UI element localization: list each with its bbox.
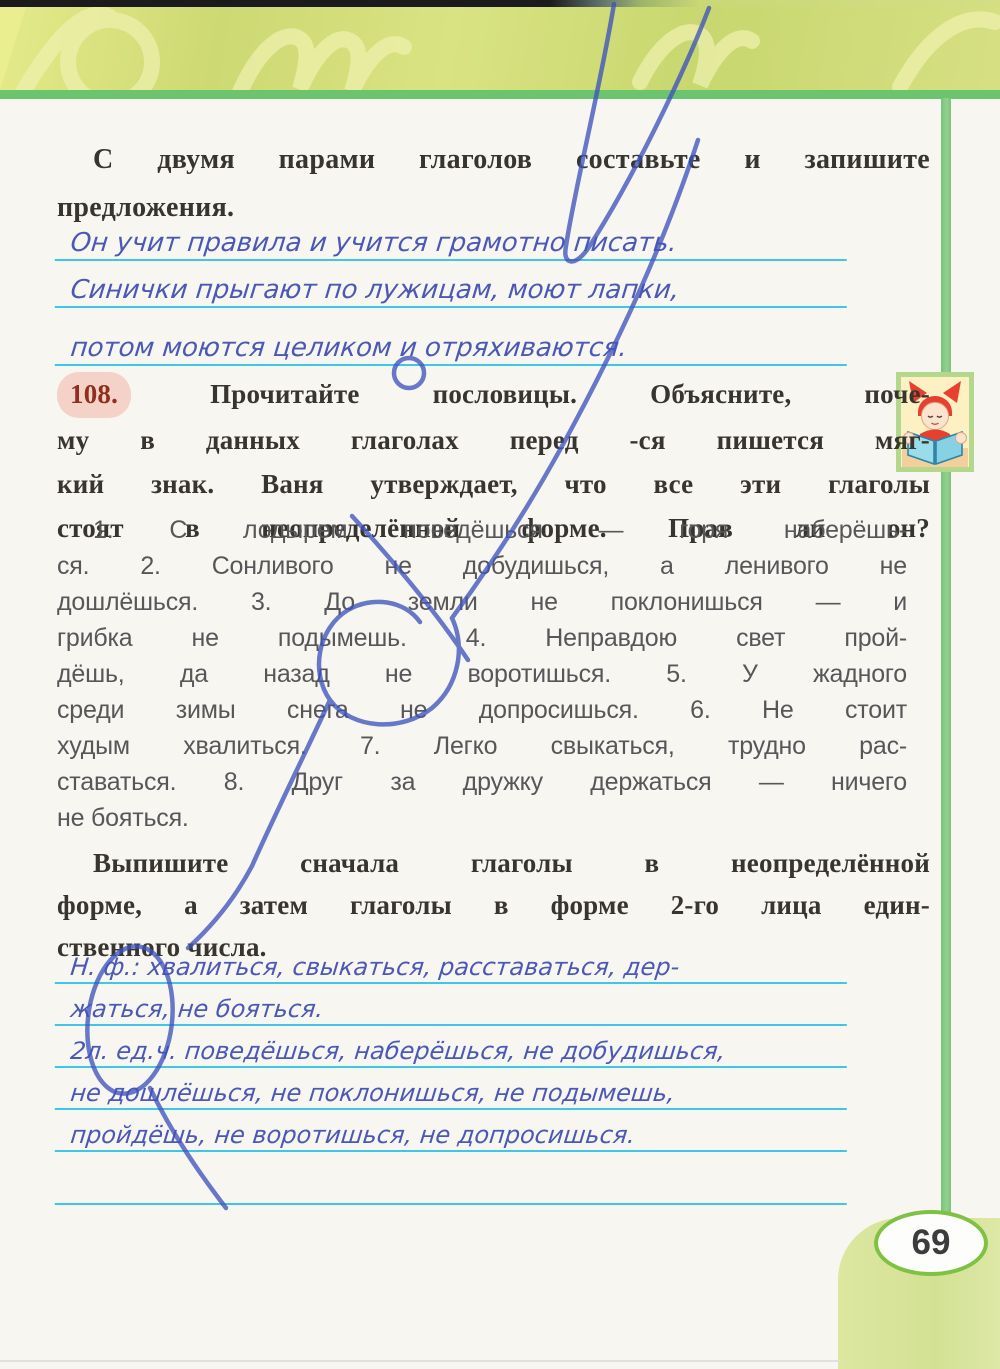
exercise-line: 108. Прочитайте пословицы. Объясните, по…	[57, 372, 930, 418]
proverb-line: ставаться. 8. Друг за дружку держаться —…	[57, 764, 907, 800]
handwritten-answer-line: не дошлёшься, не поклонишься, не подымеш…	[55, 1066, 851, 1108]
exercise-line: му в данных глаголах перед -ся пишется м…	[57, 418, 930, 462]
handwritten-answer-line	[55, 1161, 851, 1203]
proverbs-list: 1. С лодырем поведёшься — горя наберёшь-…	[57, 512, 907, 836]
handwritten-line: потом моются целиком и отряхиваются.	[55, 317, 852, 364]
exercise-line: кий знак. Ваня утверждает, что все эти г…	[57, 462, 930, 506]
proverb-line: 1. С лодырем поведёшься — горя наберёшь-	[57, 512, 907, 548]
page-number: 69	[874, 1210, 988, 1276]
handwritten-answer-line: Н. ф.: хвалиться, свыкаться, расставатьс…	[55, 940, 851, 982]
handwritten-answer-line: 2л. ед.ч. поведёшься, наберёшься, не доб…	[55, 1024, 851, 1066]
scan-artifact-line	[0, 1360, 840, 1362]
handwritten-answer-line: пройдёшь, не воротишься, не допросишься.	[55, 1108, 851, 1150]
proverb-line: грибка не подымешь. 4. Неправдою свет пр…	[57, 620, 907, 656]
proverb-line: ся. 2. Сонливого не добудишься, а лениво…	[57, 548, 907, 584]
header-band	[0, 7, 1000, 90]
proverb-line: не бояться.	[57, 800, 907, 836]
task2-line: форме, а затем глаголы в форме 2-го лица…	[57, 884, 930, 926]
margin-rule-line	[941, 98, 951, 1219]
handwritten-answer-line: жаться, не бояться.	[55, 982, 851, 1024]
header-green-strip	[0, 90, 1000, 99]
handwritten-line: Синички прыгают по лужицам, моют лапки,	[55, 259, 852, 306]
workbook-page: С двумя парами глаголов составьте и запи…	[0, 0, 1000, 1369]
sya-particle: -ся	[629, 425, 665, 455]
header-watermark-script	[0, 7, 1000, 90]
handwritten-line: Он учит правила и учится грамотно писать…	[55, 212, 852, 259]
handwriting-answers: Н. ф.: хвалиться, свыкаться, расставатьс…	[55, 940, 847, 1203]
handwriting-sentences: Он учит правила и учится грамотно писать…	[55, 212, 847, 364]
proverb-line: дошлёшься. 3. До земли не поклонишься — …	[57, 584, 907, 620]
intro-line: С двумя парами глаголов составьте и запи…	[57, 136, 930, 184]
proverb-line: дёшь, да назад не воротишься. 5. У жадно…	[57, 656, 907, 692]
exercise-text: Прочитайте пословицы. Объясните, поче-	[210, 379, 930, 409]
exercise-text: му в данных глаголах перед	[57, 425, 629, 455]
scan-edge	[0, 0, 1000, 7]
task2-line: Выпишите сначала глаголы в неопределённо…	[57, 842, 930, 884]
proverb-line: среди зимы снега не допросишься. 6. Не с…	[57, 692, 907, 728]
proverb-line: худым хвалиться. 7. Легко свыкаться, тру…	[57, 728, 907, 764]
exercise-number-badge: 108.	[57, 372, 131, 418]
exercise-text: пишется мяг-	[717, 425, 930, 455]
